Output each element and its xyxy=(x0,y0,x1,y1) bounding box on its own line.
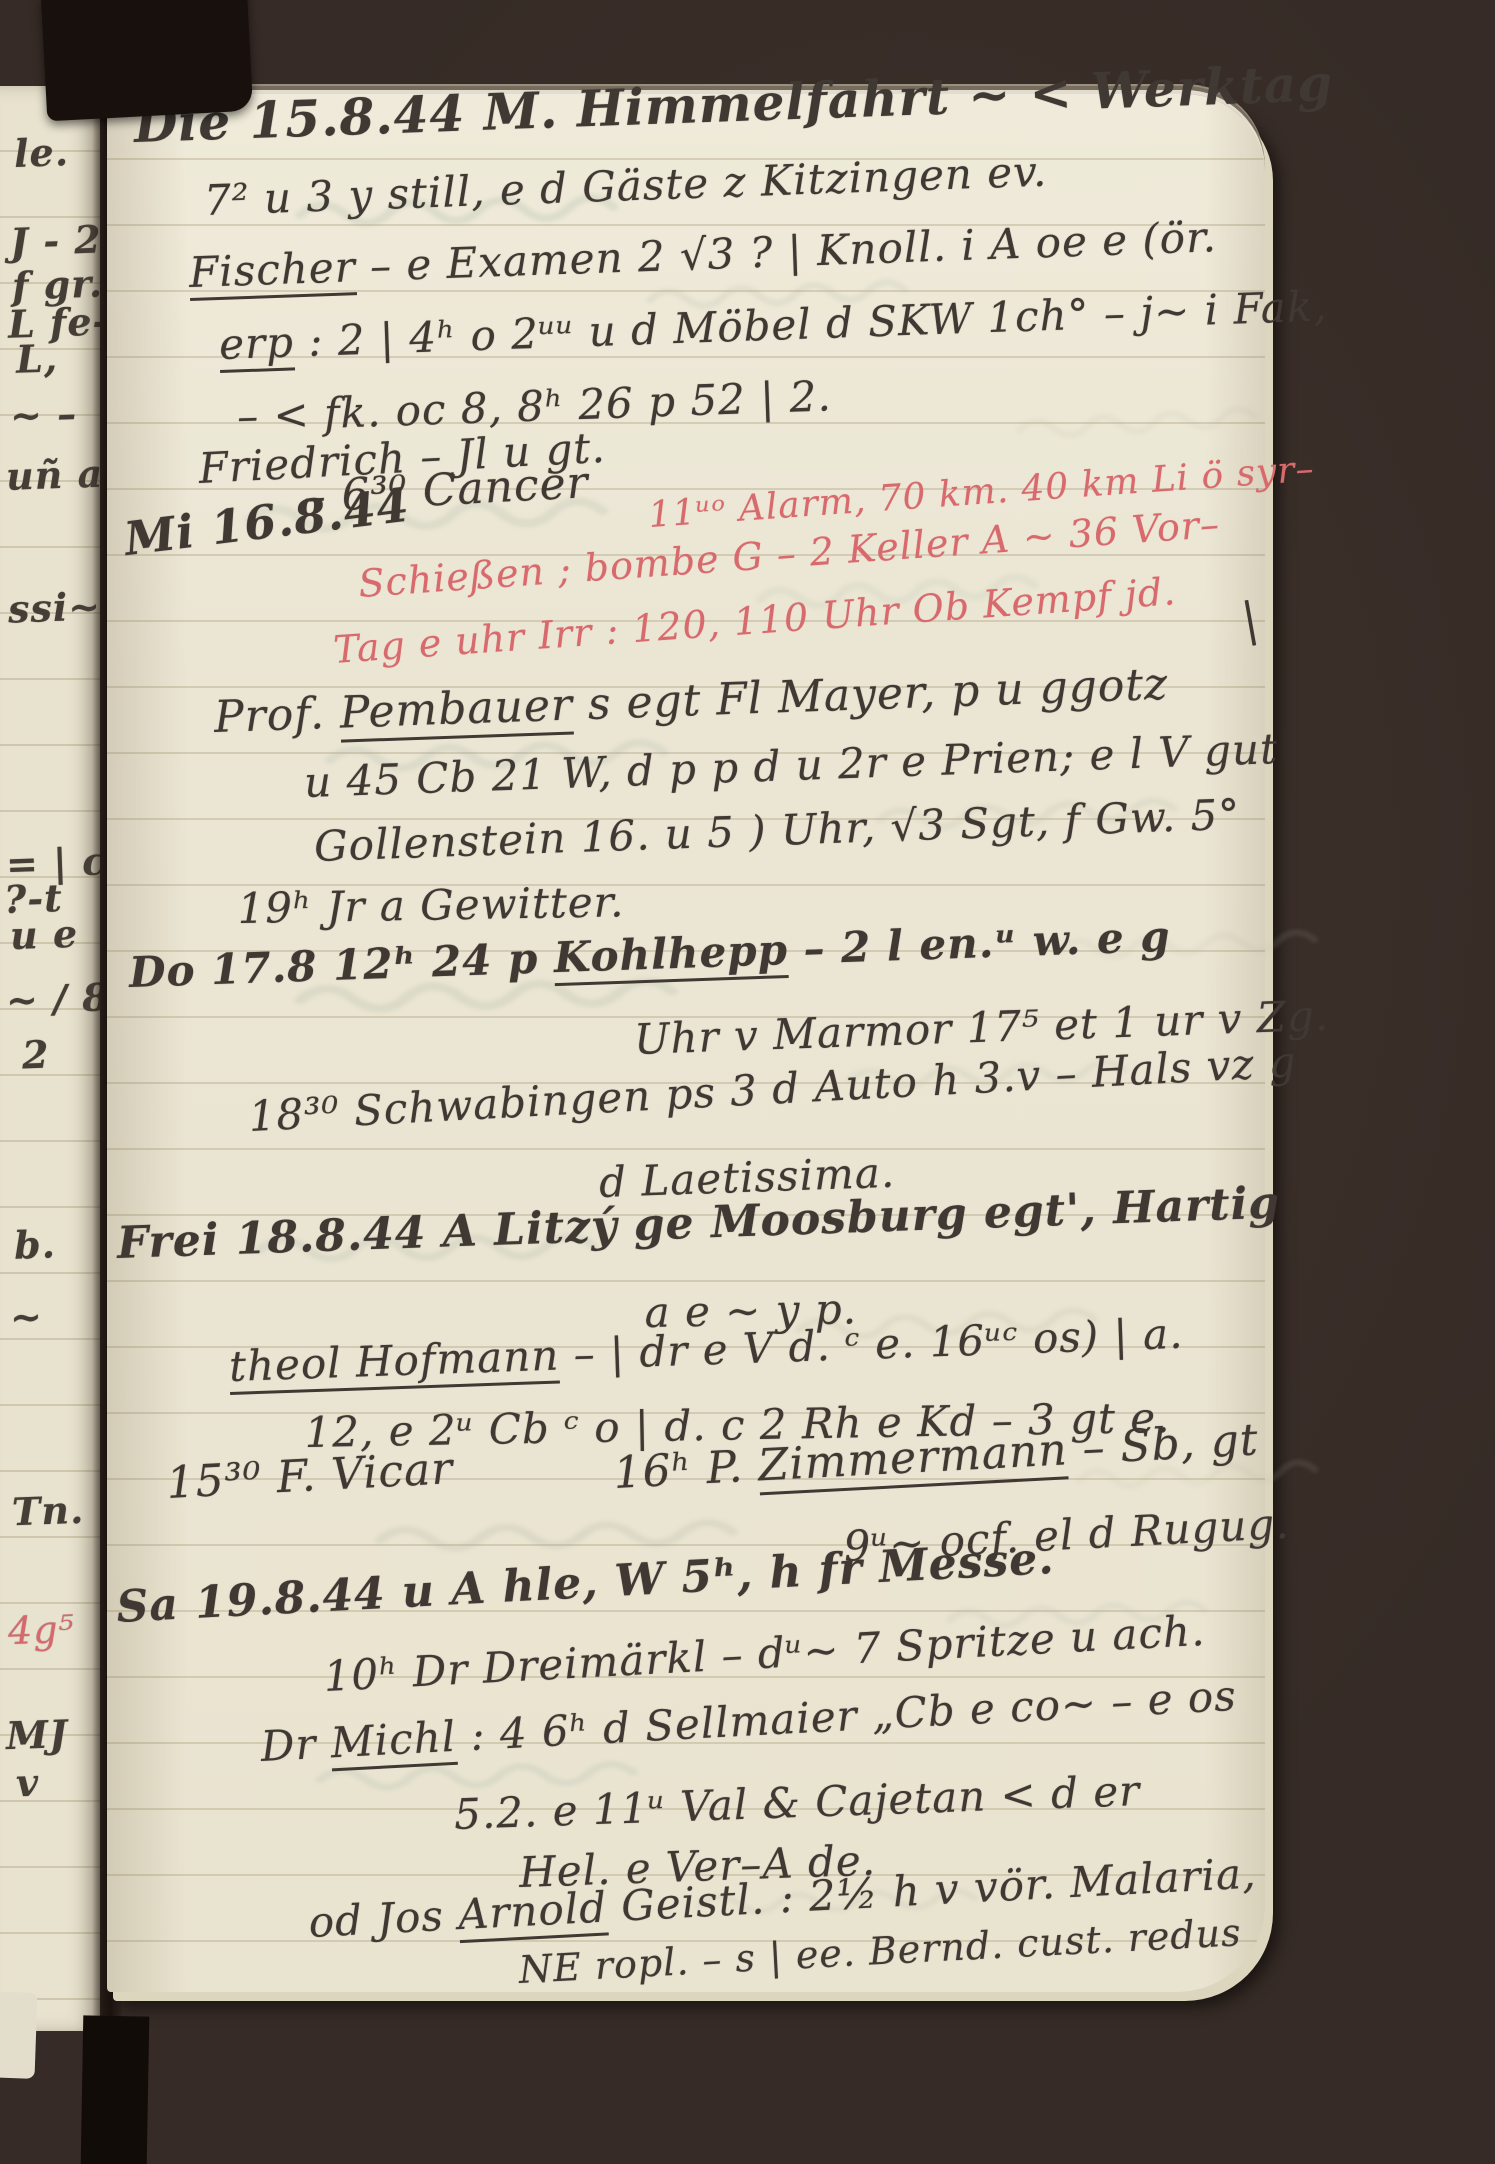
ink-bleedthrough xyxy=(0,0,1495,2164)
page-corner-under xyxy=(0,1991,37,2079)
cover-corner-shadow xyxy=(41,0,253,121)
spine-bar xyxy=(81,2015,150,2164)
diary-photo: le.J - 2f gr.L fe-L,~ –uñ a,ssi~= | c?-t… xyxy=(0,0,1495,2164)
